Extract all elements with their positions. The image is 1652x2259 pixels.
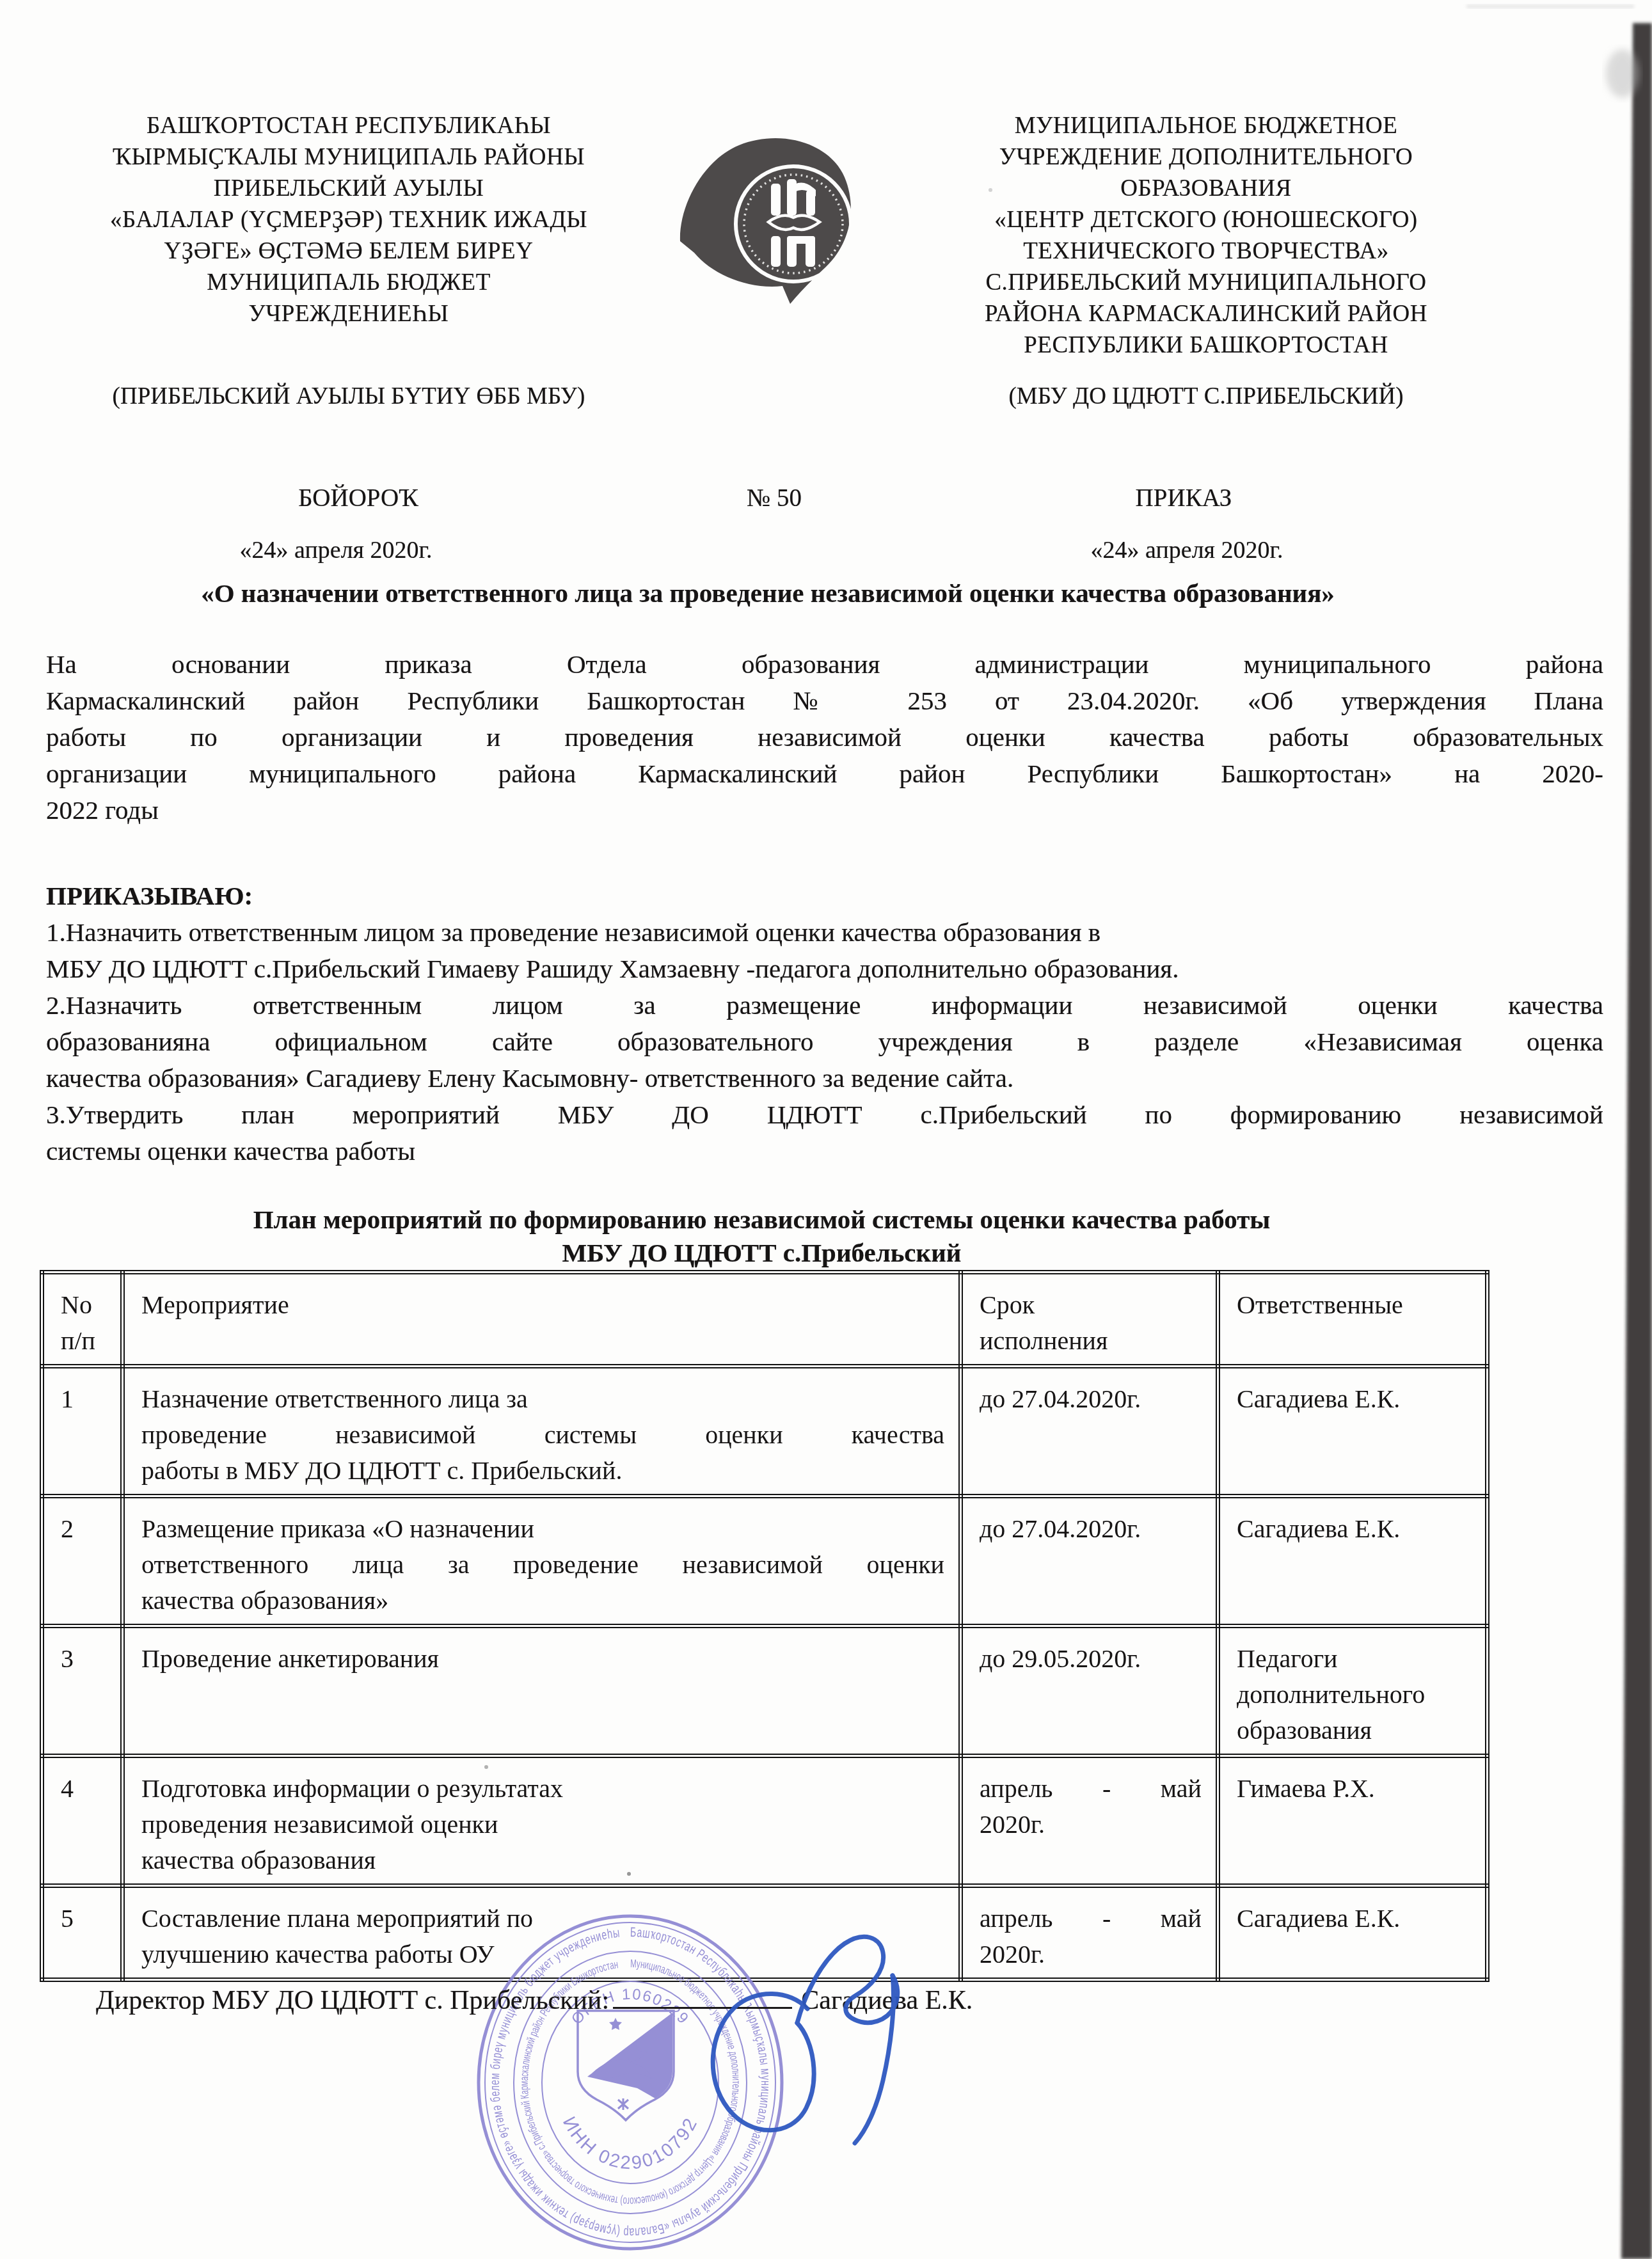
scan-edge-artifact	[0, 0, 1652, 2259]
scanned-order-document: БАШҠОРТОСТАН РЕСПУБЛИКАҺЫ ҠЫРМЫҪҠАЛЫ МУН…	[0, 0, 1652, 2259]
